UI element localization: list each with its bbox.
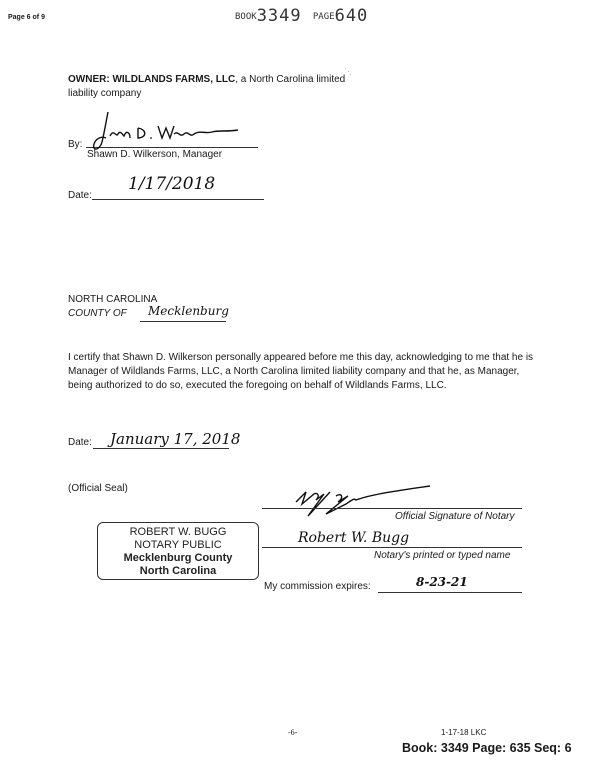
book-reference: Book: 3349 Page: 635 Seq: 6 [402,741,572,755]
seal-line-county: Mecklenburg County [98,552,258,565]
county-value: Mecklenburg [148,304,229,318]
state-label: NORTH CAROLINA [68,293,157,307]
stamp-page-number: 640 [335,6,369,26]
stamp-page-label: PAGE [313,12,335,22]
commission-line [378,591,522,593]
notary-date-value: January 17, 2018 [110,430,240,448]
commission-label: My commission expires: [264,580,371,594]
scan-speck [348,71,349,72]
owner-name: OWNER: WILDLANDS FARMS, LLC [68,74,235,85]
notary-date-label: Date: [68,436,92,450]
signer-name: Shawn D. Wilkerson, Manager [87,148,222,162]
date-line [92,198,264,200]
certification-text: I certify that Shawn D. Wilkerson person… [68,351,538,393]
scan-speck [345,68,346,69]
commission-expiry: 8-23-21 [416,575,468,589]
owner-statement: OWNER: WILDLANDS FARMS, LLC, a North Car… [68,73,368,101]
page-indicator: Page 6 of 9 [8,14,45,21]
seal-line-state: North Carolina [98,565,258,578]
notary-signature-caption: Official Signature of Notary [395,510,515,524]
notary-signature-line [262,507,522,509]
county-label: COUNTY OF [68,307,127,321]
official-seal-label: (Official Seal) [68,482,128,496]
notary-printed-name: Robert W. Bugg [298,530,409,546]
seal-line-name: ROBERT W. BUGG [98,526,258,539]
recording-stamp: BOOK3349 PAGE640 [235,6,368,26]
notary-seal-stamp: ROBERT W. BUGG NOTARY PUBLIC Mecklenburg… [97,522,259,580]
county-line [140,320,226,322]
by-label: By: [68,138,82,152]
initials-code: 1-17-18 LKC [441,728,486,737]
owner-date-value: 1/17/2018 [128,174,215,194]
date-label: Date: [68,189,92,203]
stamp-book-label: BOOK [235,12,257,22]
seal-line-title: NOTARY PUBLIC [98,539,258,552]
stamp-book-number: 3349 [257,6,302,26]
notary-name-caption: Notary's printed or typed name [374,549,510,563]
page-number: -6- [288,728,297,737]
notary-name-line [262,546,522,548]
scan-speck [350,74,351,75]
